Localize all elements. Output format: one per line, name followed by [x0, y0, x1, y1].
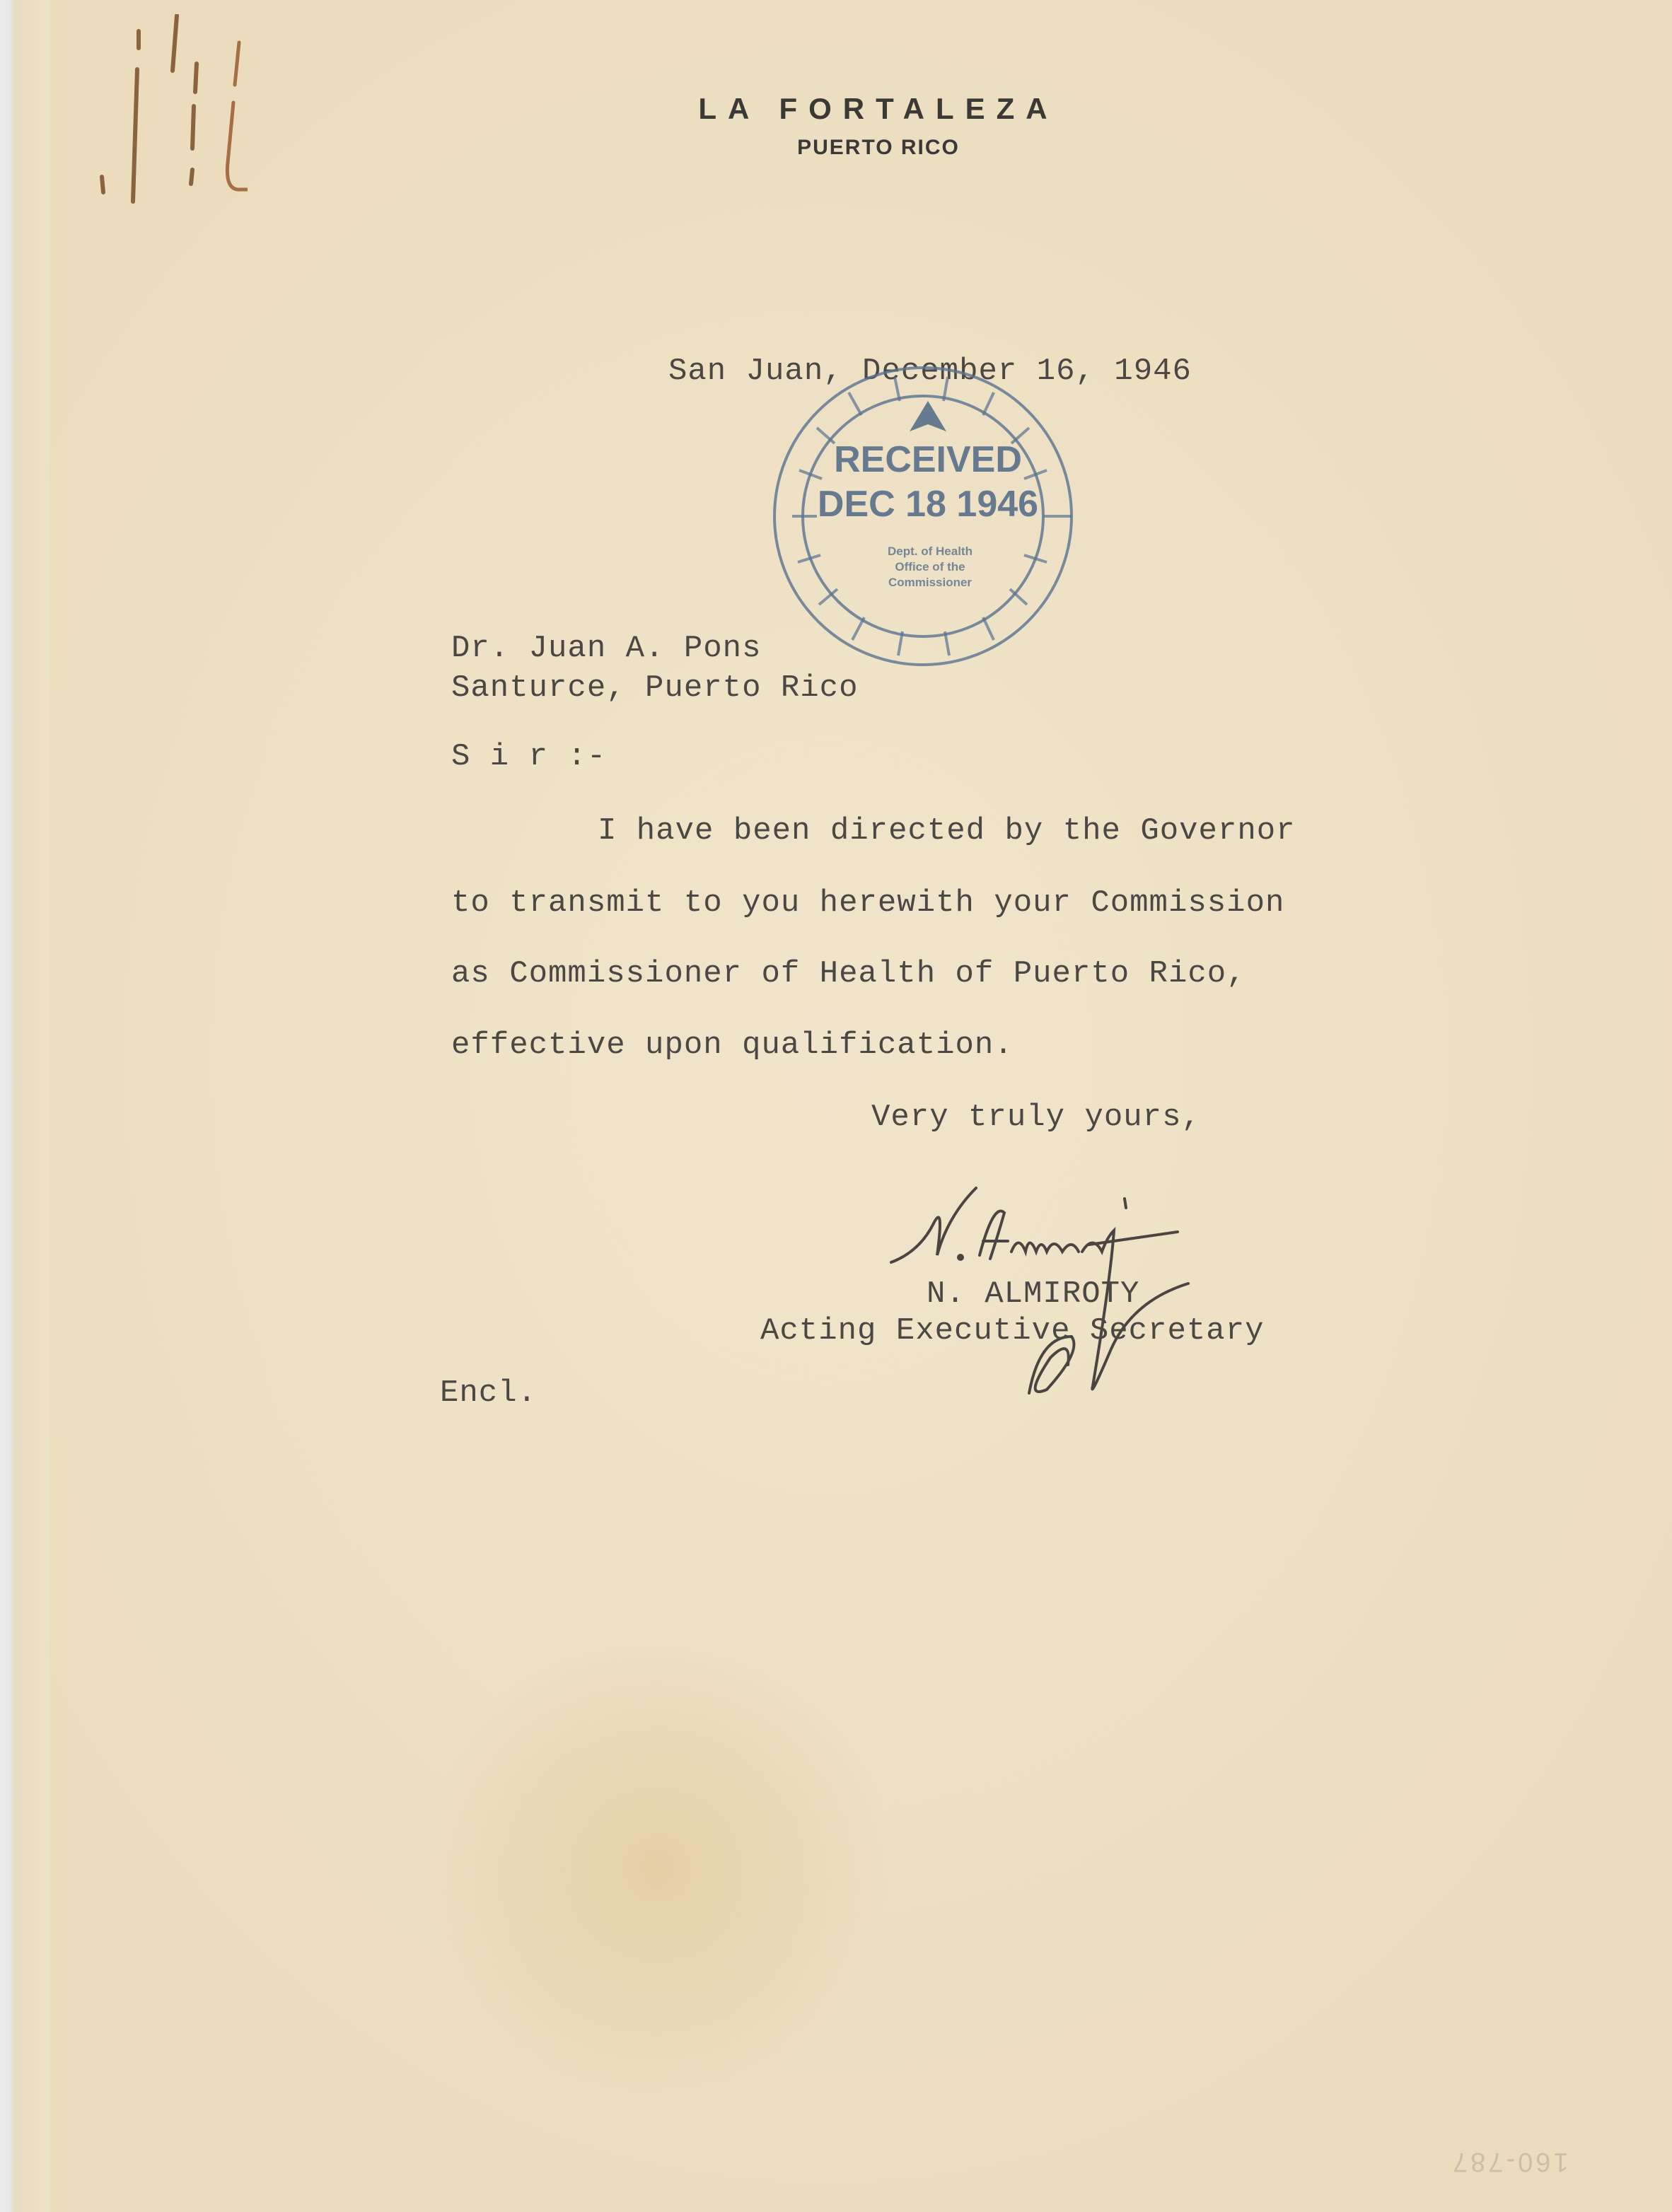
archive-pencil-mark: 160-787	[1450, 2146, 1568, 2177]
svg-text:Commissioner: Commissioner	[888, 576, 972, 589]
signer-title: Acting Executive Secretary	[760, 1313, 1265, 1349]
enclosure-note: Encl.	[440, 1375, 537, 1411]
recipient-address: Santurce, Puerto Rico	[451, 670, 859, 706]
arrow-up-icon	[910, 401, 946, 431]
closing: Very truly yours,	[871, 1100, 1201, 1135]
svg-text:RECEIVED: RECEIVED	[834, 439, 1022, 480]
svg-text:Office of the: Office of the	[895, 560, 965, 574]
recipient-name: Dr. Juan A. Pons	[451, 631, 761, 666]
letterhead-title: LA FORTALEZA	[0, 92, 1672, 126]
letterhead-subtitle: PUERTO RICO	[0, 136, 1672, 160]
body-line: I have been directed by the Governor	[598, 813, 1296, 849]
body-line: effective upon qualification.	[451, 1028, 1014, 1063]
signer-typed-name: N. ALMIROTY	[927, 1276, 1139, 1312]
svg-text:DEC 18 1946: DEC 18 1946	[818, 484, 1038, 525]
received-stamp: RECEIVED DEC 18 1946 Dept. of Health Off…	[764, 350, 1075, 682]
scan-left-edge	[0, 0, 50, 2212]
letter-page	[50, 0, 1672, 2212]
svg-text:Dept. of Health: Dept. of Health	[888, 545, 973, 558]
body-line: to transmit to you herewith your Commiss…	[451, 885, 1284, 921]
salutation: S i r :-	[451, 739, 606, 774]
body-line: as Commissioner of Health of Puerto Rico…	[451, 956, 1246, 991]
